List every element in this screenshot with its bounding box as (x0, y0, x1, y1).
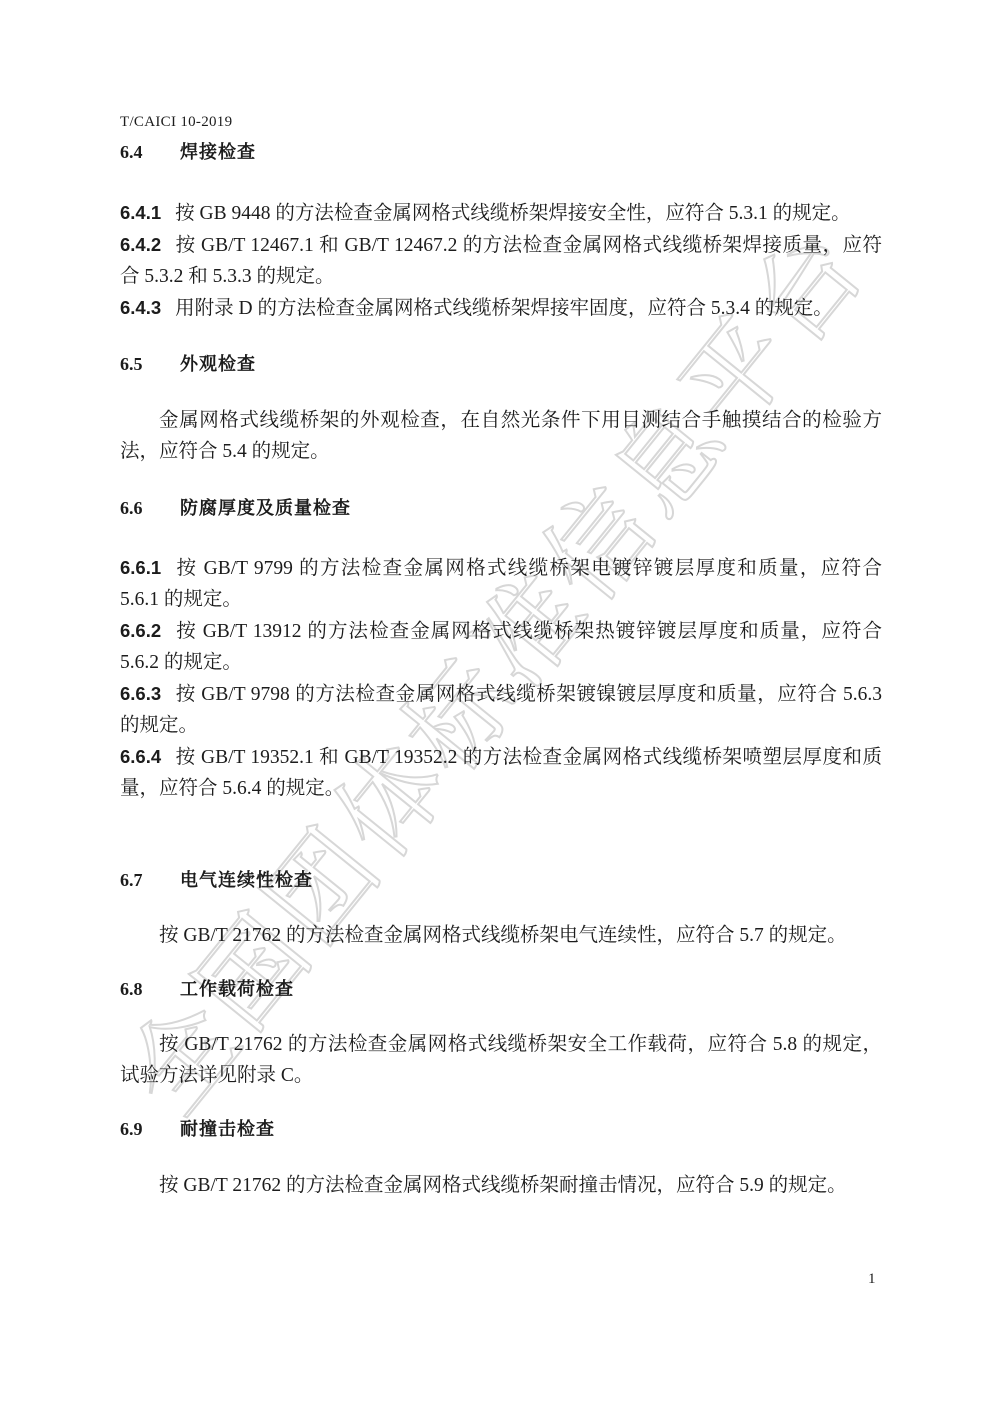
paragraph-6-5: 金属网格式线缆桥架的外观检查，在自然光条件下用目测结合手触摸结合的检验方法，应符… (120, 405, 882, 467)
clause-6-4-3: 6.4.3用附录 D 的方法检查金属网格式线缆桥架焊接牢固度，应符合 5.3.4… (120, 292, 882, 324)
section-number: 6.8 (120, 979, 180, 1000)
document-content: T/CAICI 10-2019 6.4 焊接检查 6.4.1按 GB 9448 … (0, 0, 1000, 1201)
clause-number: 6.6.4 (120, 746, 161, 767)
section-title: 防腐厚度及质量检查 (180, 494, 351, 520)
clause-number: 6.6.3 (120, 683, 161, 704)
section-title: 焊接检查 (180, 138, 256, 164)
clause-text: 按 GB 9448 的方法检查金属网格式线缆桥架焊接安全性，应符合 5.3.1 … (175, 203, 850, 224)
section-heading-6-7: 6.7 电气连续性检查 (120, 866, 882, 892)
section-heading-6-6: 6.6 防腐厚度及质量检查 (120, 494, 882, 520)
section-heading-6-4: 6.4 焊接检查 (120, 138, 882, 164)
clause-number: 6.6.2 (120, 620, 161, 641)
paragraph-6-7: 按 GB/T 21762 的方法检查金属网格式线缆桥架电气连续性，应符合 5.7… (120, 920, 882, 951)
clause-text: 按 GB/T 13912 的方法检查金属网格式线缆桥架热镀锌镀层厚度和质量，应符… (120, 621, 882, 673)
clause-number: 6.4.3 (120, 297, 161, 318)
clause-6-4-1: 6.4.1按 GB 9448 的方法检查金属网格式线缆桥架焊接安全性，应符合 5… (120, 197, 882, 229)
clause-text: 按 GB/T 9799 的方法检查金属网格式线缆桥架电镀锌镀层厚度和质量，应符合… (120, 558, 882, 610)
clause-6-6-2: 6.6.2按 GB/T 13912 的方法检查金属网格式线缆桥架热镀锌镀层厚度和… (120, 615, 882, 678)
page-number: 1 (868, 1271, 876, 1288)
section-number: 6.5 (120, 354, 180, 375)
clause-text: 按 GB/T 9798 的方法检查金属网格式线缆桥架镀镍镀层厚度和质量，应符合 … (120, 684, 882, 736)
section-number: 6.7 (120, 870, 180, 891)
clause-6-6-4: 6.6.4按 GB/T 19352.1 和 GB/T 19352.2 的方法检查… (120, 741, 882, 804)
clause-6-6-1: 6.6.1按 GB/T 9799 的方法检查金属网格式线缆桥架电镀锌镀层厚度和质… (120, 552, 882, 615)
section-title: 外观检查 (180, 350, 256, 376)
section-number: 6.6 (120, 498, 180, 519)
section-title: 电气连续性检查 (180, 866, 313, 892)
paragraph-6-8: 按 GB/T 21762 的方法检查金属网格式线缆桥架安全工作载荷，应符合 5.… (120, 1029, 882, 1091)
clause-number: 6.6.1 (120, 557, 161, 578)
clause-6-6-3: 6.6.3按 GB/T 9798 的方法检查金属网格式线缆桥架镀镍镀层厚度和质量… (120, 678, 882, 741)
clause-text: 按 GB/T 19352.1 和 GB/T 19352.2 的方法检查金属网格式… (120, 747, 882, 799)
clause-text: 用附录 D 的方法检查金属网格式线缆桥架焊接牢固度，应符合 5.3.4 的规定。 (175, 298, 833, 319)
paragraph-6-9: 按 GB/T 21762 的方法检查金属网格式线缆桥架耐撞击情况，应符合 5.9… (120, 1170, 882, 1201)
section-title: 耐撞击检查 (180, 1115, 275, 1141)
document-page: 全国团体标准信息平台 T/CAICI 10-2019 6.4 焊接检查 6.4.… (0, 0, 1000, 1415)
section-number: 6.4 (120, 142, 180, 163)
section-heading-6-9: 6.9 耐撞击检查 (120, 1115, 882, 1141)
standard-code-header: T/CAICI 10-2019 (120, 114, 882, 131)
clause-6-4-2: 6.4.2按 GB/T 12467.1 和 GB/T 12467.2 的方法检查… (120, 229, 882, 292)
section-heading-6-8: 6.8 工作载荷检查 (120, 975, 882, 1001)
clause-number: 6.4.2 (120, 234, 161, 255)
clause-text: 按 GB/T 12467.1 和 GB/T 12467.2 的方法检查金属网格式… (120, 235, 882, 287)
section-heading-6-5: 6.5 外观检查 (120, 350, 882, 376)
section-title: 工作载荷检查 (180, 975, 294, 1001)
clause-number: 6.4.1 (120, 202, 161, 223)
section-number: 6.9 (120, 1119, 180, 1140)
